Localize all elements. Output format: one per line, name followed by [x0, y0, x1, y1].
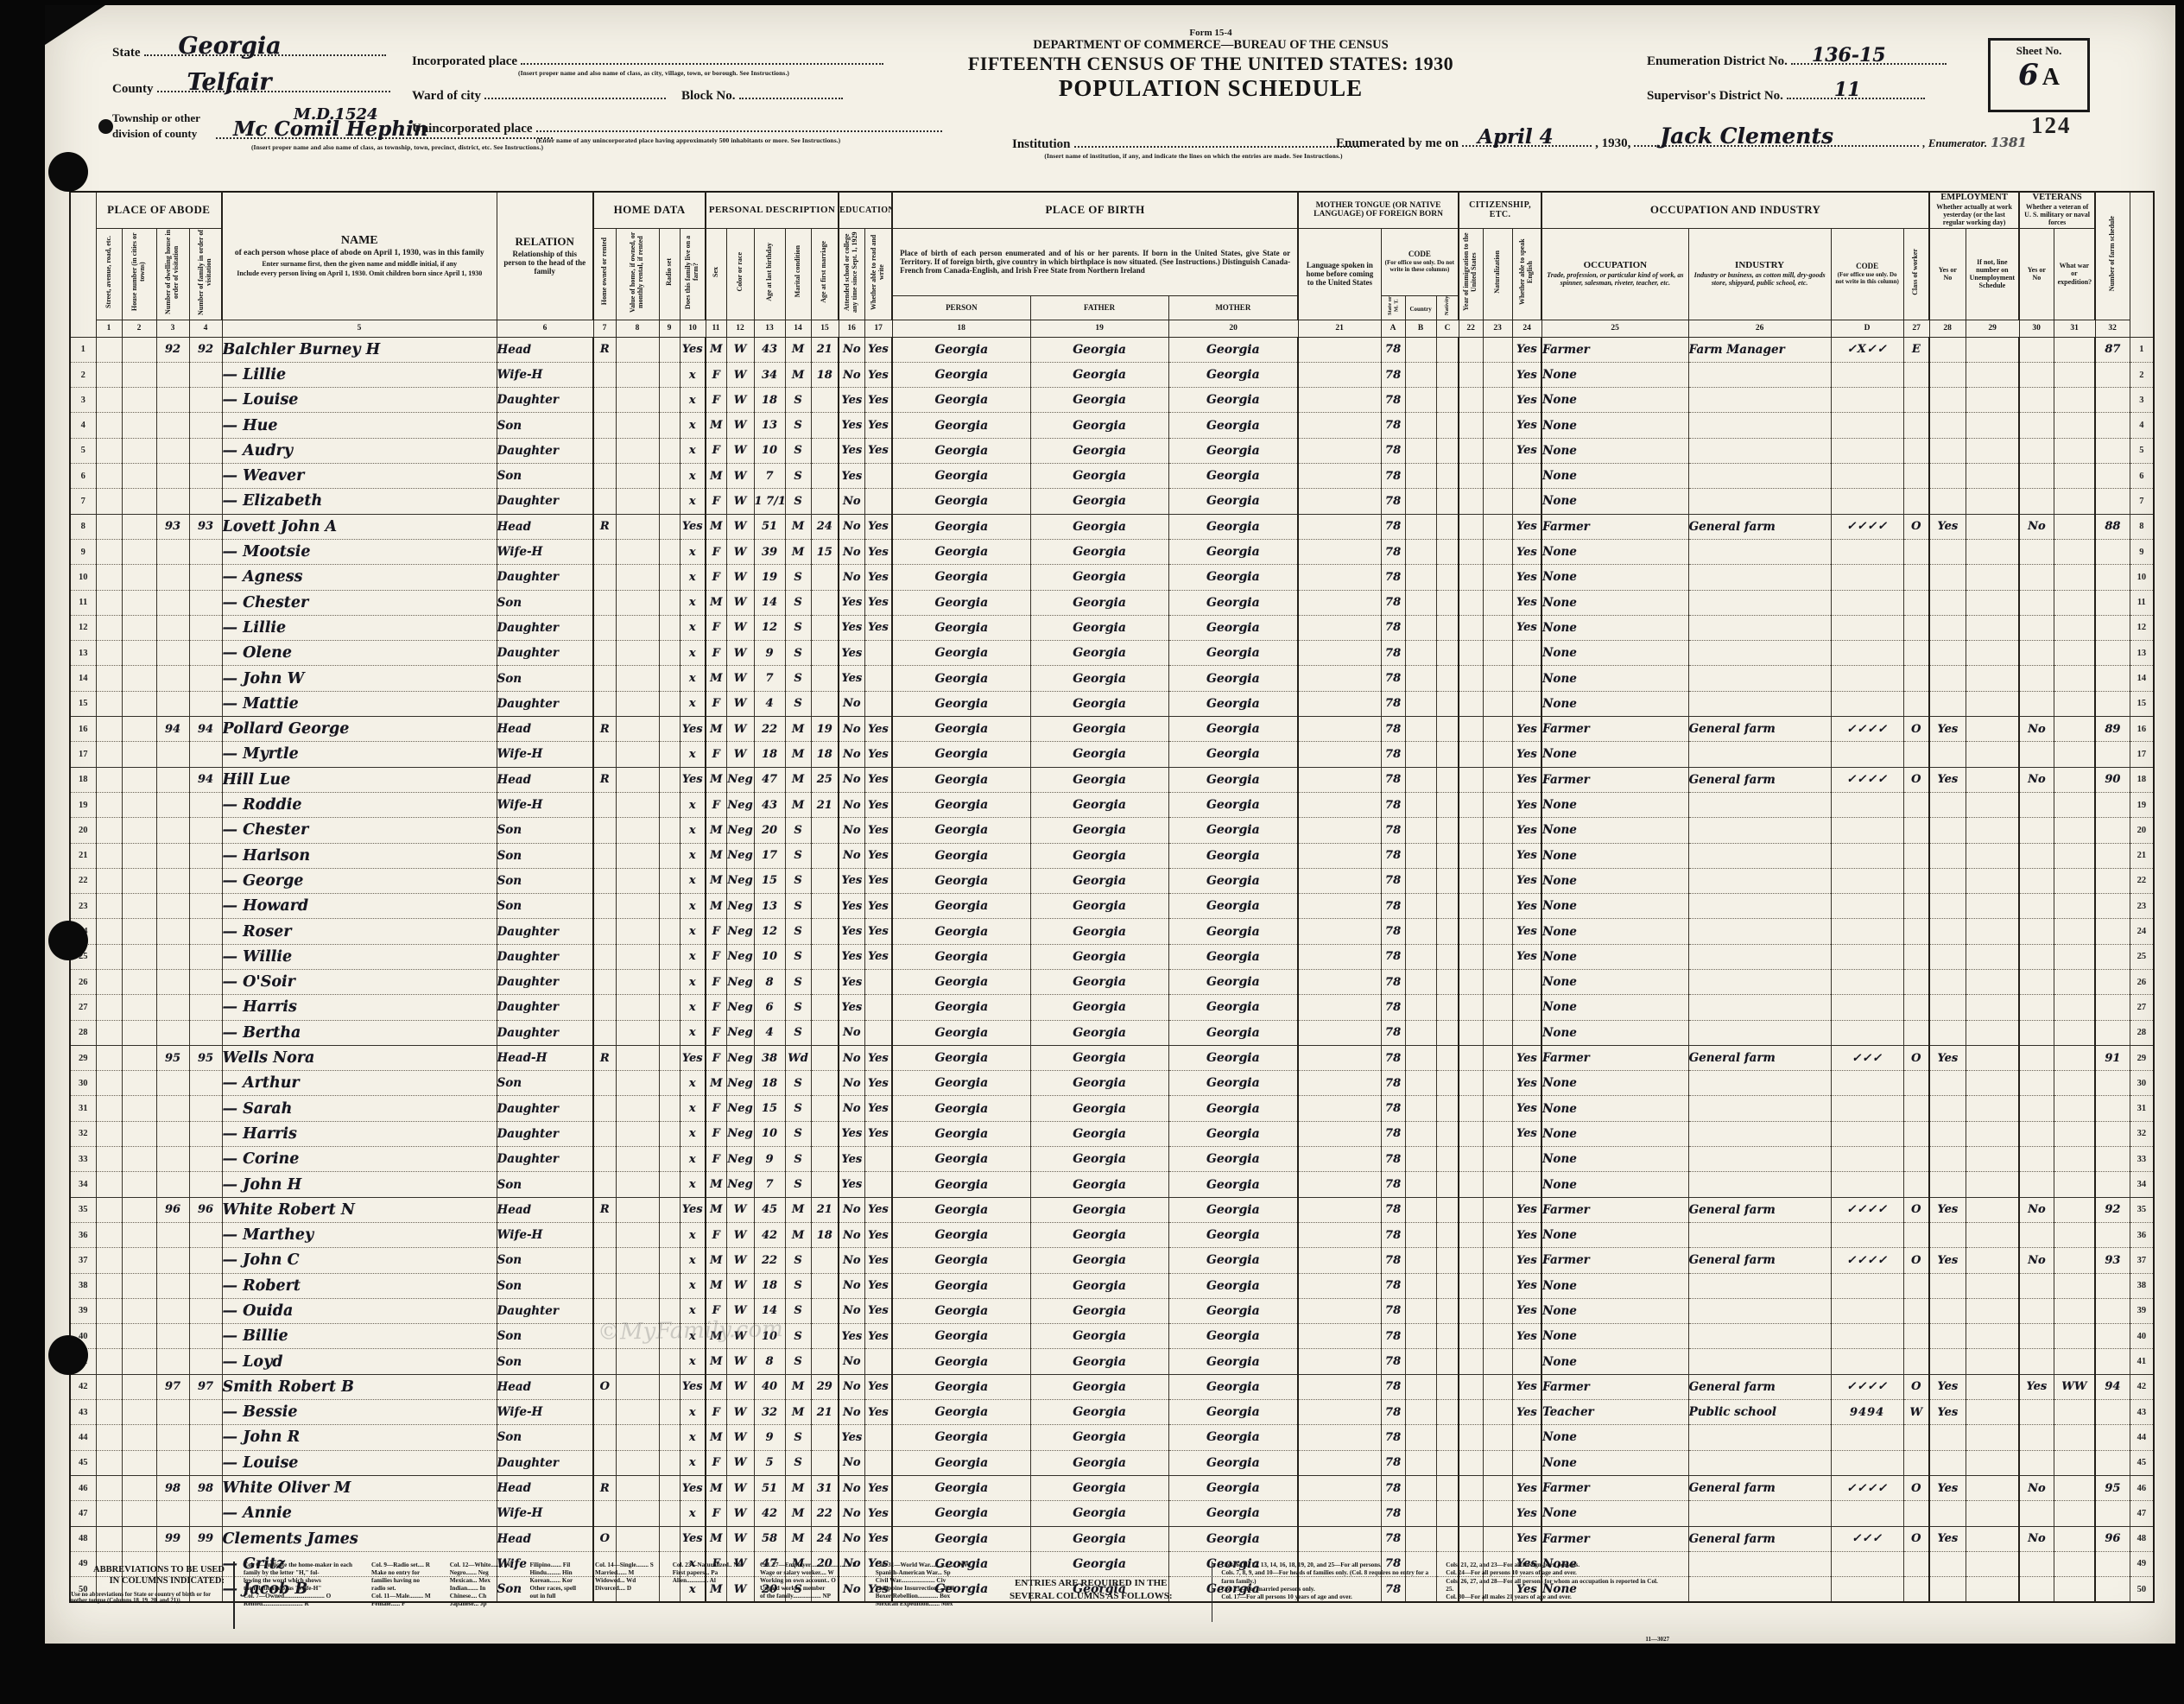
- cell-unemp-line: [1966, 438, 2019, 463]
- cell-birth-mother: Georgia: [1168, 438, 1298, 463]
- cell-value: [616, 1425, 659, 1450]
- enumerated-date-line: April 4: [1462, 145, 1592, 147]
- cell-farm-schedule: [2095, 742, 2130, 767]
- cell-code-c: [1436, 514, 1459, 539]
- cell-unemp-line: [1966, 337, 2019, 362]
- cell-farm-schedule: 95: [2095, 1475, 2130, 1500]
- cell-immigration: [1459, 1400, 1483, 1425]
- cell-code-d: [1831, 565, 1903, 590]
- cell-age-married: 24: [811, 514, 839, 539]
- abbreviation-groups: Col. 6—Indicate the home-maker in eachfa…: [244, 1561, 970, 1608]
- line-number-right: 37: [2130, 1248, 2154, 1273]
- cell-birth-father: Georgia: [1030, 388, 1168, 413]
- table-row: 10— AgnessDaughterxFW19SNoYesGeorgiaGeor…: [70, 565, 2154, 590]
- cell-birth-father: Georgia: [1030, 792, 1168, 817]
- cell-age: 51: [754, 514, 785, 539]
- population-schedule-table: PLACE OF ABODE NAME of each person whose…: [69, 191, 2155, 1603]
- cell-veteran: [2019, 1020, 2054, 1045]
- cell-birth-mother: Georgia: [1168, 337, 1298, 362]
- table-body: 19292Balchler Burney HHeadRYesMW43M21NoY…: [70, 337, 2154, 1602]
- cell-language: [1298, 1222, 1381, 1247]
- cell-school: Yes: [839, 438, 864, 463]
- cell-code-d: [1831, 666, 1903, 691]
- cell-naturalization: [1483, 388, 1512, 413]
- cell-class-worker: [1903, 1324, 1929, 1349]
- table-row: 23— HowardSonxMNeg13SYesYesGeorgiaGeorgi…: [70, 894, 2154, 919]
- cell-age-married: [811, 868, 839, 893]
- cell-birth-father: Georgia: [1030, 1324, 1168, 1349]
- column-number: 10: [680, 320, 706, 337]
- cell-occupation: None: [1541, 1071, 1688, 1096]
- table-row: 9— MootsieWife-HxFW39M15NoYesGeorgiaGeor…: [70, 539, 2154, 564]
- column-number: 19: [1030, 320, 1168, 337]
- cell-family: [189, 1248, 222, 1273]
- cell-class-worker: [1903, 539, 1929, 564]
- cell-owned: R: [593, 767, 616, 792]
- cell-owned: [593, 362, 616, 387]
- cell-age: 58: [754, 1526, 785, 1551]
- col-code-b-header: Country: [1405, 295, 1436, 320]
- cell-naturalization: [1483, 691, 1512, 716]
- cell-farm: x: [680, 1425, 706, 1450]
- cell-occupation: None: [1541, 1020, 1688, 1045]
- cell-school: No: [839, 337, 864, 362]
- cell-marital: M: [785, 1526, 811, 1551]
- cell-marital: S: [785, 641, 811, 666]
- cell-name: — Chester: [222, 818, 497, 843]
- line-number-left: 28: [70, 1020, 96, 1045]
- line-number-right: 42: [2130, 1374, 2154, 1399]
- cell-birth-mother: Georgia: [1168, 565, 1298, 590]
- cell-house: [122, 843, 156, 868]
- cell-marital: S: [785, 1450, 811, 1475]
- cell-age-married: [811, 1020, 839, 1045]
- cell-marital: S: [785, 1071, 811, 1096]
- cell-read-write: Yes: [864, 1475, 892, 1500]
- cell-occupation: None: [1541, 388, 1688, 413]
- cell-dwelling: [156, 565, 189, 590]
- cell-street: [96, 565, 122, 590]
- cell-veteran: No: [2019, 717, 2054, 742]
- cell-class-worker: [1903, 1020, 1929, 1045]
- cell-street: [96, 843, 122, 868]
- cell-birth-person: Georgia: [892, 388, 1030, 413]
- cell-veteran: [2019, 1450, 2054, 1475]
- cell-veteran: [2019, 995, 2054, 1020]
- sd-line: 11: [1787, 98, 1925, 99]
- cell-farm-schedule: [2095, 1425, 2130, 1450]
- cell-birth-mother: Georgia: [1168, 995, 1298, 1020]
- cell-war: [2054, 742, 2095, 767]
- cell-owned: R: [593, 1475, 616, 1500]
- cell-age-married: 22: [811, 1501, 839, 1526]
- cell-marital: S: [785, 818, 811, 843]
- cell-naturalization: [1483, 615, 1512, 640]
- cell-read-write: Yes: [864, 362, 892, 387]
- cell-birth-mother: Georgia: [1168, 1475, 1298, 1500]
- col-code-d-header: CODE (For office use only. Do not write …: [1831, 228, 1903, 320]
- cell-naturalization: [1483, 514, 1512, 539]
- cell-name: — Agness: [222, 565, 497, 590]
- cell-language: [1298, 717, 1381, 742]
- cell-birth-mother: Georgia: [1168, 1121, 1298, 1146]
- line-number-right: 7: [2130, 489, 2154, 514]
- cell-marital: S: [785, 1298, 811, 1323]
- cell-age-married: [811, 666, 839, 691]
- cell-owned: [593, 438, 616, 463]
- cell-value: [616, 1147, 659, 1172]
- cell-relation: Daughter: [497, 388, 593, 413]
- cell-birth-mother: Georgia: [1168, 1374, 1298, 1399]
- cell-color: W: [726, 362, 754, 387]
- cell-farm: x: [680, 666, 706, 691]
- cell-unemp-line: [1966, 767, 2019, 792]
- col-farm-header: Does this family live on a farm?: [680, 228, 706, 320]
- cell-birth-father: Georgia: [1030, 1045, 1168, 1070]
- cell-dwelling: [156, 1450, 189, 1475]
- cell-house: [122, 818, 156, 843]
- veterans-title: VETERANS: [2020, 193, 2094, 202]
- table-row: 41— LoydSonxMW8SNoGeorgiaGeorgiaGeorgia7…: [70, 1349, 2154, 1374]
- cell-owned: [593, 489, 616, 514]
- cell-relation: Head: [497, 717, 593, 742]
- cell-farm: x: [680, 919, 706, 944]
- cell-birth-father: Georgia: [1030, 1121, 1168, 1146]
- cell-name: — Hue: [222, 413, 497, 438]
- cell-veteran: No: [2019, 767, 2054, 792]
- cell-farm-schedule: [2095, 1121, 2130, 1146]
- table-row: 44— John RSonxMW9SYesGeorgiaGeorgiaGeorg…: [70, 1425, 2154, 1450]
- cell-class-worker: O: [1903, 717, 1929, 742]
- cell-family: [189, 615, 222, 640]
- cell-read-write: [864, 995, 892, 1020]
- cell-relation: Head: [497, 1475, 593, 1500]
- cell-family: 96: [189, 1197, 222, 1222]
- cell-immigration: [1459, 565, 1483, 590]
- cell-color: W: [726, 514, 754, 539]
- table-row: 169494Pollard GeorgeHeadRYesMW22M19NoYes…: [70, 717, 2154, 742]
- cell-school: No: [839, 818, 864, 843]
- table-row: 5— AudryDaughterxFW10SYesYesGeorgiaGeorg…: [70, 438, 2154, 463]
- cell-relation: Son: [497, 1425, 593, 1450]
- table-row: 11— ChesterSonxMW14SYesYesGeorgiaGeorgia…: [70, 590, 2154, 615]
- cell-marital: S: [785, 1349, 811, 1374]
- cell-birth-person: Georgia: [892, 514, 1030, 539]
- line-number-left: 43: [70, 1400, 96, 1425]
- cell-class-worker: [1903, 1172, 1929, 1197]
- cell-value: [616, 995, 659, 1020]
- cell-class-worker: [1903, 894, 1929, 919]
- cell-house: [122, 717, 156, 742]
- cell-farm: x: [680, 1349, 706, 1374]
- line-number-right: 16: [2130, 717, 2154, 742]
- cell-unemp-line: [1966, 1172, 2019, 1197]
- cell-industry: [1688, 1501, 1831, 1526]
- cell-code-a: 78: [1381, 919, 1405, 944]
- cell-language: [1298, 1071, 1381, 1096]
- cell-family: [189, 1096, 222, 1121]
- cell-school: No: [839, 514, 864, 539]
- cell-naturalization: [1483, 818, 1512, 843]
- cell-naturalization: [1483, 1324, 1512, 1349]
- cell-code-b: [1405, 1425, 1436, 1450]
- cell-english: Yes: [1512, 388, 1541, 413]
- cell-code-b: [1405, 1324, 1436, 1349]
- cell-value: [616, 1400, 659, 1425]
- cell-at-work: [1929, 1071, 1966, 1096]
- cell-unemp-line: [1966, 1248, 2019, 1273]
- cell-code-b: [1405, 1526, 1436, 1551]
- cell-code-a: 78: [1381, 1526, 1405, 1551]
- cell-at-work: [1929, 742, 1966, 767]
- cell-unemp-line: [1966, 969, 2019, 994]
- cell-birth-person: Georgia: [892, 1400, 1030, 1425]
- cell-owned: [593, 1349, 616, 1374]
- cell-at-work: [1929, 995, 1966, 1020]
- line-number-left: 31: [70, 1096, 96, 1121]
- code-abc-note: (For office use only. Do not write in th…: [1382, 258, 1459, 274]
- cell-read-write: Yes: [864, 944, 892, 969]
- cell-dwelling: [156, 969, 189, 994]
- cell-dwelling: [156, 1425, 189, 1450]
- cell-unemp-line: [1966, 362, 2019, 387]
- cell-birth-person: Georgia: [892, 489, 1030, 514]
- cell-code-d: [1831, 691, 1903, 716]
- column-number: 31: [2054, 320, 2095, 337]
- line-number-left: 32: [70, 1121, 96, 1146]
- cell-code-a: 78: [1381, 894, 1405, 919]
- cell-street: [96, 615, 122, 640]
- cell-birth-person: Georgia: [892, 1526, 1030, 1551]
- cell-english: [1512, 691, 1541, 716]
- cell-occupation: None: [1541, 894, 1688, 919]
- cell-name: — Bessie: [222, 1400, 497, 1425]
- cell-code-d: [1831, 489, 1903, 514]
- cell-house: [122, 894, 156, 919]
- cell-english: Yes: [1512, 944, 1541, 969]
- cell-value: [616, 969, 659, 994]
- cell-birth-person: Georgia: [892, 1324, 1030, 1349]
- cell-immigration: [1459, 1298, 1483, 1323]
- cell-house: [122, 565, 156, 590]
- cell-veteran: [2019, 894, 2054, 919]
- cell-sex: M: [706, 894, 726, 919]
- cell-code-b: [1405, 1374, 1436, 1399]
- ward-label: Ward of city: [412, 89, 481, 103]
- cell-color: W: [726, 1222, 754, 1247]
- group-place-of-abode: PLACE OF ABODE: [96, 192, 222, 228]
- cell-marital: M: [785, 1475, 811, 1500]
- cell-age-married: [811, 1147, 839, 1172]
- cell-value: [616, 792, 659, 817]
- cell-class-worker: [1903, 413, 1929, 438]
- cell-code-d: [1831, 1298, 1903, 1323]
- cell-birth-father: Georgia: [1030, 742, 1168, 767]
- cell-veteran: [2019, 1071, 2054, 1096]
- line-number-left: 1: [70, 337, 96, 362]
- cell-language: [1298, 514, 1381, 539]
- cell-age: 6: [754, 995, 785, 1020]
- cell-family: [189, 1071, 222, 1096]
- cell-relation: Son: [497, 1248, 593, 1273]
- cell-radio: [659, 1121, 680, 1146]
- township-value: Mc Comil Hephin: [233, 117, 428, 141]
- cell-at-work: [1929, 666, 1966, 691]
- cell-school: Yes: [839, 388, 864, 413]
- cell-unemp-line: [1966, 1096, 2019, 1121]
- cell-code-a: 78: [1381, 1425, 1405, 1450]
- cell-at-work: Yes: [1929, 1374, 1966, 1399]
- cell-age: 13: [754, 894, 785, 919]
- cell-color: Neg: [726, 868, 754, 893]
- cell-school: No: [839, 1020, 864, 1045]
- column-number: 25: [1541, 320, 1688, 337]
- cell-english: [1512, 1349, 1541, 1374]
- cell-farm: x: [680, 489, 706, 514]
- cell-age: 4: [754, 1020, 785, 1045]
- county-value: Telfair: [187, 69, 272, 96]
- cell-veteran: [2019, 1096, 2054, 1121]
- cell-dwelling: [156, 413, 189, 438]
- cell-code-c: [1436, 1222, 1459, 1247]
- cell-school: No: [839, 691, 864, 716]
- cell-read-write: Yes: [864, 1526, 892, 1551]
- cell-value: [616, 919, 659, 944]
- cell-read-write: Yes: [864, 868, 892, 893]
- cell-code-c: [1436, 1045, 1459, 1070]
- cell-code-d: ✓X✓✓: [1831, 337, 1903, 362]
- cell-code-d: [1831, 1273, 1903, 1298]
- cell-farm-schedule: [2095, 1501, 2130, 1526]
- cell-unemp-line: [1966, 818, 2019, 843]
- cell-at-work: Yes: [1929, 717, 1966, 742]
- cell-code-a: 78: [1381, 1475, 1405, 1500]
- line-number-left: 22: [70, 868, 96, 893]
- cell-code-a: 78: [1381, 1374, 1405, 1399]
- cell-veteran: [2019, 362, 2054, 387]
- cell-age: 15: [754, 868, 785, 893]
- cell-code-c: [1436, 1349, 1459, 1374]
- cell-code-a: 78: [1381, 995, 1405, 1020]
- cell-farm-schedule: [2095, 894, 2130, 919]
- cell-occupation: None: [1541, 843, 1688, 868]
- cell-read-write: [864, 691, 892, 716]
- group-personal-description: PERSONAL DESCRIPTION: [706, 192, 839, 228]
- cell-immigration: [1459, 1273, 1483, 1298]
- cell-name: Smith Robert B: [222, 1374, 497, 1399]
- occupation-desc: Trade, profession, or particular kind of…: [1542, 270, 1688, 288]
- col-marital-header: Marital condition: [785, 228, 811, 320]
- cell-owned: [593, 615, 616, 640]
- cell-birth-mother: Georgia: [1168, 1020, 1298, 1045]
- cell-radio: [659, 792, 680, 817]
- cell-name: — John H: [222, 1172, 497, 1197]
- table-row: 17— MyrtleWife-HxFW18M18NoYesGeorgiaGeor…: [70, 742, 2154, 767]
- cell-dwelling: [156, 1248, 189, 1273]
- cell-sex: F: [706, 742, 726, 767]
- cell-dwelling: [156, 438, 189, 463]
- cell-age: 42: [754, 1501, 785, 1526]
- cell-unemp-line: [1966, 792, 2019, 817]
- cell-code-a: 78: [1381, 1349, 1405, 1374]
- cell-marital: S: [785, 691, 811, 716]
- cell-age-married: 18: [811, 1222, 839, 1247]
- cell-value: [616, 1248, 659, 1273]
- cell-at-work: [1929, 1222, 1966, 1247]
- cell-age-married: [811, 1425, 839, 1450]
- cell-owned: [593, 464, 616, 489]
- cell-code-b: [1405, 1501, 1436, 1526]
- cell-code-d: [1831, 1349, 1903, 1374]
- industry-title: INDUSTRY: [1689, 260, 1831, 270]
- cell-class-worker: [1903, 1349, 1929, 1374]
- cell-birth-person: Georgia: [892, 1096, 1030, 1121]
- cell-age-married: 31: [811, 1475, 839, 1500]
- cell-color: W: [726, 438, 754, 463]
- cell-marital: S: [785, 565, 811, 590]
- column-number: 21: [1298, 320, 1381, 337]
- cell-sex: F: [706, 1501, 726, 1526]
- cell-code-d: [1831, 818, 1903, 843]
- cell-sex: F: [706, 1450, 726, 1475]
- cell-value: [616, 337, 659, 362]
- cell-industry: [1688, 388, 1831, 413]
- cell-radio: [659, 717, 680, 742]
- cell-dwelling: [156, 894, 189, 919]
- cell-english: [1512, 641, 1541, 666]
- cell-birth-father: Georgia: [1030, 1197, 1168, 1222]
- cell-school: Yes: [839, 868, 864, 893]
- cell-veteran: [2019, 388, 2054, 413]
- cell-farm-schedule: 93: [2095, 1248, 2130, 1273]
- cell-code-d: [1831, 843, 1903, 868]
- cell-code-a: 78: [1381, 514, 1405, 539]
- cell-unemp-line: [1966, 894, 2019, 919]
- cell-age-married: [811, 894, 839, 919]
- cell-birth-person: Georgia: [892, 742, 1030, 767]
- cell-color: Neg: [726, 919, 754, 944]
- line-number-right: 17: [2130, 742, 2154, 767]
- cell-immigration: [1459, 438, 1483, 463]
- cell-veteran: [2019, 868, 2054, 893]
- cell-war: [2054, 691, 2095, 716]
- cell-radio: [659, 1020, 680, 1045]
- cell-color: W: [726, 1273, 754, 1298]
- cell-sex: F: [706, 944, 726, 969]
- cell-street: [96, 388, 122, 413]
- cell-farm-schedule: [2095, 413, 2130, 438]
- cell-age-married: [811, 1324, 839, 1349]
- cell-name: — Billie: [222, 1324, 497, 1349]
- cell-radio: [659, 691, 680, 716]
- cell-dwelling: [156, 1071, 189, 1096]
- cell-value: [616, 514, 659, 539]
- cell-code-c: [1436, 1248, 1459, 1273]
- cell-street: [96, 489, 122, 514]
- cell-relation: Daughter: [497, 1298, 593, 1323]
- cell-dwelling: [156, 1096, 189, 1121]
- table-row: 37— John CSonxMW22SNoYesGeorgiaGeorgiaGe…: [70, 1248, 2154, 1273]
- cell-school: No: [839, 1222, 864, 1247]
- cell-age: 42: [754, 1222, 785, 1247]
- cell-age-married: 18: [811, 742, 839, 767]
- cell-industry: [1688, 1071, 1831, 1096]
- cell-veteran: Yes: [2019, 1374, 2054, 1399]
- institution-line: [1074, 146, 1359, 148]
- cell-age-married: [811, 1071, 839, 1096]
- cell-english: Yes: [1512, 792, 1541, 817]
- cell-war: [2054, 1071, 2095, 1096]
